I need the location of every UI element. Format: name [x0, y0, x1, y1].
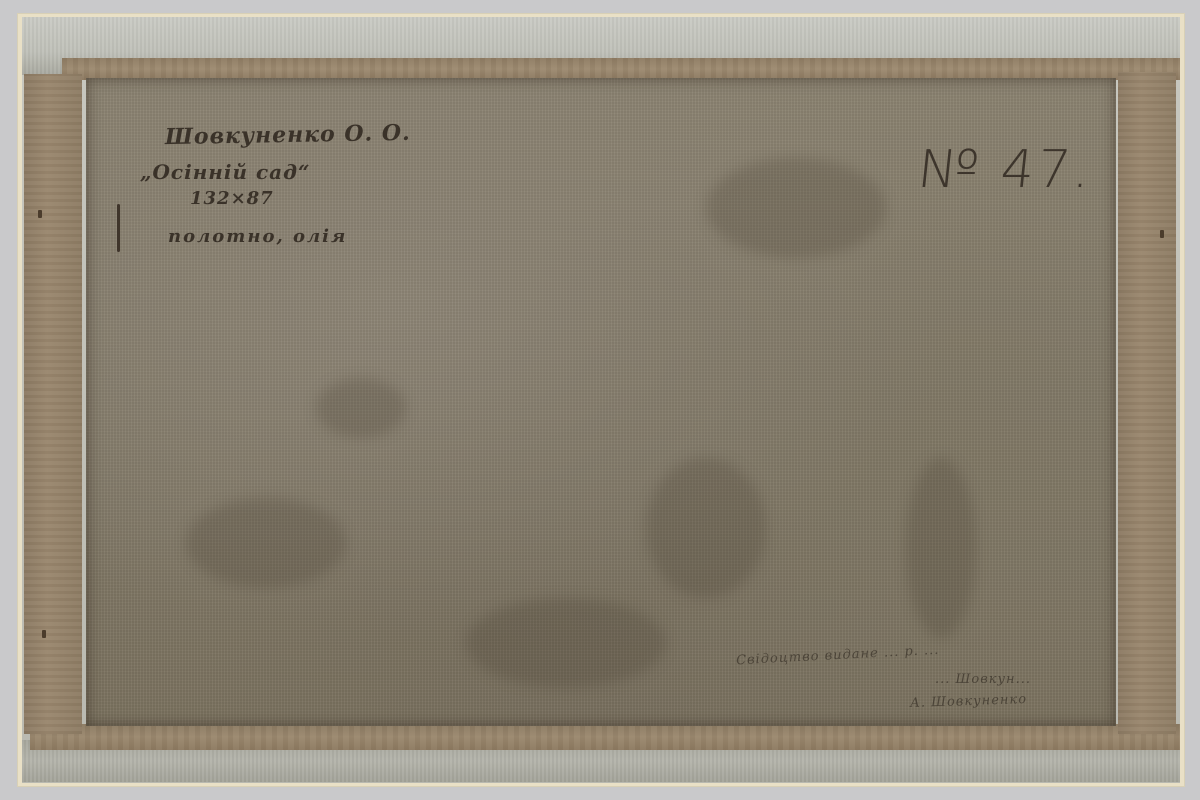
stain: [906, 458, 976, 638]
nail-icon: [42, 630, 46, 638]
stain: [186, 498, 346, 588]
inscription-artist: Шовкуненко О. О.: [165, 120, 411, 150]
inscription-dimensions: 132×87: [190, 188, 274, 209]
stretcher-bar-bottom: [30, 724, 1180, 750]
stain: [316, 378, 406, 438]
ink-mark: [117, 204, 120, 252]
faint-note: ... Шовкун...: [935, 672, 1031, 687]
nail-icon: [1160, 230, 1164, 238]
stain: [706, 158, 886, 258]
stretcher-bar-left: [24, 74, 82, 734]
inscription-inventory-number: № 47.: [915, 140, 1096, 200]
stain: [646, 458, 766, 598]
stain: [466, 598, 666, 688]
inscription-medium: полотно, олія: [168, 226, 347, 247]
nail-icon: [38, 210, 42, 218]
inscription-title: „Осінній сад“: [140, 160, 311, 184]
stretcher-bar-right: [1118, 72, 1176, 734]
stretcher-bar-top: [62, 58, 1180, 80]
